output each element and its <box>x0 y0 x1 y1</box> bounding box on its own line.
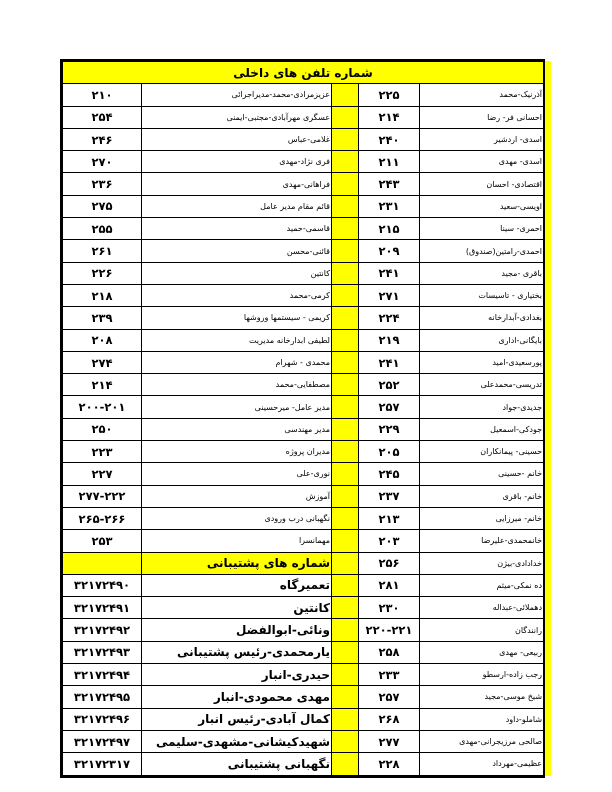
table-row: ۲۱۸کرمی-محمد۲۷۱بختیاری - تاسیسات <box>63 284 544 306</box>
extension-number: ۲۴۱ <box>359 351 420 373</box>
contact-name: کانتین <box>142 262 332 284</box>
contact-name: صالحی مرزیجرانی-مهدی <box>420 730 544 752</box>
extension-number: ۲۵۸ <box>359 641 420 663</box>
extension-number: ۲۴۳ <box>359 173 420 195</box>
contact-name: احمدی-رامتین(صندوق) <box>420 240 544 262</box>
table-row: ۲۷۰فری نژاد-مهدی۲۱۱اسدی- مهدی <box>63 151 544 173</box>
table-row: ۲۲۷نوری-علی۲۴۵خانم -حسینی <box>63 463 544 485</box>
contact-name: باقری -مجید <box>420 262 544 284</box>
table-row: ۲۵۰مدیر مهندسی۲۲۹جودکی-اسمعیل <box>63 418 544 440</box>
table-row: ۳۲۱۷۲۳۱۷نگهبانی پشتیبانی۲۲۸عظیمی-مهرداد <box>63 753 544 775</box>
support-phone-number: ۳۲۱۷۲۴۹۷ <box>63 730 142 752</box>
extension-number: ۲۵۵ <box>63 218 142 240</box>
contact-name: جدیدی-جواد <box>420 396 544 418</box>
extension-number: ۲۰۰-۲۰۱ <box>63 396 142 418</box>
extension-number: ۲۳۶ <box>63 173 142 195</box>
extension-number: ۲۵۷ <box>359 686 420 708</box>
extension-number: ۲۳۱ <box>359 195 420 217</box>
contact-name: دهملائی-عبداله <box>420 597 544 619</box>
contact-name: کریمی - سیستمها وروشها <box>142 307 332 329</box>
extension-number: ۲۲۷ <box>63 463 142 485</box>
support-header-spacer <box>63 552 142 574</box>
contact-name: غلامی-عباس <box>142 128 332 150</box>
extension-number: ۲۱۴ <box>359 106 420 128</box>
table-row: ۲۲۶کانتین۲۴۱باقری -مجید <box>63 262 544 284</box>
extension-number: ۲۷۱ <box>359 284 420 306</box>
contact-name: شاملو-داود <box>420 708 544 730</box>
highlight-spacer-cell <box>332 574 359 596</box>
contact-name: خانم -حسینی <box>420 463 544 485</box>
support-contact-name: کانتین <box>142 597 332 619</box>
extension-number: ۲۵۰ <box>63 418 142 440</box>
extension-number: ۲۲۵ <box>359 84 420 106</box>
support-phone-number: ۳۲۱۷۲۴۹۵ <box>63 686 142 708</box>
contact-name: رجب زاده-ارسطو <box>420 664 544 686</box>
extension-number: ۲۳۹ <box>63 307 142 329</box>
extension-number: ۲۷۰ <box>63 151 142 173</box>
contact-name: لطیفی ابدارخانه مدیریت <box>142 329 332 351</box>
extension-number: ۲۶۱ <box>63 240 142 262</box>
table-row: ۲۱۴مصطفایی-محمد۲۵۲تدریسی-محمدعلی <box>63 374 544 396</box>
contact-name: آموزش <box>142 485 332 507</box>
extension-number: ۲۵۳ <box>63 530 142 552</box>
highlight-spacer-cell <box>332 218 359 240</box>
support-contact-name: ونائی-ابوالفضل <box>142 619 332 641</box>
phone-directory-page: شماره تلفن های داخلی ۲۱۰عزیزمرادی-محمد-م… <box>60 59 548 778</box>
contact-name: اویسی-سعید <box>420 195 544 217</box>
contact-name: جودکی-اسمعیل <box>420 418 544 440</box>
highlight-spacer-cell <box>332 641 359 663</box>
highlight-spacer-cell <box>332 262 359 284</box>
contact-name: شیخ موسی-مجید <box>420 686 544 708</box>
contact-name: فری نژاد-مهدی <box>142 151 332 173</box>
highlight-spacer-cell <box>332 441 359 463</box>
support-phone-number: ۳۲۱۷۲۴۹۴ <box>63 664 142 686</box>
support-contact-name: مهدی محمودی-انبار <box>142 686 332 708</box>
highlight-spacer-cell <box>332 530 359 552</box>
highlight-spacer-cell <box>332 485 359 507</box>
extension-number: ۲۱۵ <box>359 218 420 240</box>
contact-name: عظیمی-مهرداد <box>420 753 544 775</box>
directory-title: شماره تلفن های داخلی <box>63 62 544 84</box>
highlight-spacer-cell <box>332 173 359 195</box>
support-phone-number: ۳۲۱۷۲۴۹۱ <box>63 597 142 619</box>
highlight-spacer-cell <box>332 507 359 529</box>
contact-name: مهمانسرا <box>142 530 332 552</box>
table-row: ۲۴۶غلامی-عباس۲۴۰اسدی- اردشیر <box>63 128 544 150</box>
table-row: ۲۵۵قاسمی-حمید۲۱۵احمری- سینا <box>63 218 544 240</box>
table-row: ۲۷۷-۲۲۲آموزش۲۳۷خانم- باقری <box>63 485 544 507</box>
extension-number: ۲۷۷ <box>359 730 420 752</box>
contact-name: تدریسی-محمدعلی <box>420 374 544 396</box>
table-row: ۲۲۳مدیران پروژه۲۰۵حسینی- پیمانکاران <box>63 441 544 463</box>
highlight-spacer-cell <box>332 619 359 641</box>
table-row: ۲۵۴عسگری مهرآبادی-مجتبی-ایمنی۲۱۴احسانی ف… <box>63 106 544 128</box>
extension-number: ۲۴۰ <box>359 128 420 150</box>
highlight-spacer-cell <box>332 597 359 619</box>
contact-name: حسینی- پیمانکاران <box>420 441 544 463</box>
highlight-spacer-cell <box>332 396 359 418</box>
table-row: ۳۲۱۷۲۴۹۱کانتین۲۳۰دهملائی-عبداله <box>63 597 544 619</box>
contact-name: مدیر عامل- میرحسینی <box>142 396 332 418</box>
contact-name: نگهبانی درب ورودی <box>142 507 332 529</box>
extension-number: ۲۲۶ <box>63 262 142 284</box>
table-row: ۲۵۳مهمانسرا۲۰۳خانمحمدی-علیرضا <box>63 530 544 552</box>
highlight-spacer-cell <box>332 106 359 128</box>
table-row: ۲۷۵قائم مقام مدیر عامل۲۳۱اویسی-سعید <box>63 195 544 217</box>
extension-number: ۲۴۱ <box>359 262 420 284</box>
table-row: ۳۲۱۷۲۴۹۰تعمیرگاه۲۸۱ده نمکی-میثم <box>63 574 544 596</box>
extension-number: ۲۶۵-۲۶۶ <box>63 507 142 529</box>
contact-name: مصطفایی-محمد <box>142 374 332 396</box>
support-contact-name: تعمیرگاه <box>142 574 332 596</box>
contact-name: کرمی-محمد <box>142 284 332 306</box>
support-phone-number: ۳۲۱۷۲۳۱۷ <box>63 753 142 775</box>
support-contact-name: حیدری-انبار <box>142 664 332 686</box>
table-row: ۳۲۱۷۲۴۹۲ونائی-ابوالفضل۲۲۰-۲۲۱رانندگان <box>63 619 544 641</box>
extension-number: ۲۶۸ <box>359 708 420 730</box>
contact-name: اسدی- اردشیر <box>420 128 544 150</box>
highlight-spacer-cell <box>332 753 359 775</box>
highlight-spacer-cell <box>332 708 359 730</box>
directory-table-frame: شماره تلفن های داخلی ۲۱۰عزیزمرادی-محمد-م… <box>60 59 545 778</box>
highlight-spacer-cell <box>332 151 359 173</box>
contact-name: رانندگان <box>420 619 544 641</box>
support-phone-number: ۳۲۱۷۲۴۹۲ <box>63 619 142 641</box>
extension-number: ۲۵۷ <box>359 396 420 418</box>
contact-name: بغدادی-آبدارخانه <box>420 307 544 329</box>
extension-number: ۲۳۰ <box>359 597 420 619</box>
highlight-spacer-cell <box>332 128 359 150</box>
highlight-spacer-cell <box>332 240 359 262</box>
highlight-spacer-cell <box>332 664 359 686</box>
highlight-spacer-cell <box>332 374 359 396</box>
table-row: ۳۲۱۷۲۴۹۵مهدی محمودی-انبار۲۵۷شیخ موسی-مجی… <box>63 686 544 708</box>
contact-name: نوری-علی <box>142 463 332 485</box>
contact-name: اسدی- مهدی <box>420 151 544 173</box>
support-contact-name: نگهبانی پشتیبانی <box>142 753 332 775</box>
highlight-spacer-cell <box>332 84 359 106</box>
contact-name: مدیران پروژه <box>142 441 332 463</box>
table-row: ۲۰۸لطیفی ابدارخانه مدیریت۲۱۹بایگانی-ادار… <box>63 329 544 351</box>
support-phone-number: ۳۲۱۷۲۴۹۳ <box>63 641 142 663</box>
table-row: ۳۲۱۷۲۴۹۳یارمحمدی-رئیس پشتیبانی۲۵۸ربیعی- … <box>63 641 544 663</box>
table-row: ۲۰۰-۲۰۱مدیر عامل- میرحسینی۲۵۷جدیدی-جواد <box>63 396 544 418</box>
highlight-spacer-cell <box>332 195 359 217</box>
extension-number: ۲۰۳ <box>359 530 420 552</box>
contact-name: پورسعیدی-امید <box>420 351 544 373</box>
extension-number: ۲۱۱ <box>359 151 420 173</box>
support-contact-name: شهیدکیشانی-مشهدی-سلیمی <box>142 730 332 752</box>
contact-name: قائم مقام مدیر عامل <box>142 195 332 217</box>
extension-number: ۲۱۸ <box>63 284 142 306</box>
highlight-spacer-cell <box>332 329 359 351</box>
directory-table: شماره تلفن های داخلی ۲۱۰عزیزمرادی-محمد-م… <box>62 61 544 776</box>
extension-number: ۲۴۵ <box>359 463 420 485</box>
extension-number: ۲۷۵ <box>63 195 142 217</box>
table-row: ۲۶۵-۲۶۶نگهبانی درب ورودی۲۱۳خانم- میرزایی <box>63 507 544 529</box>
support-section-title: شماره های پشتیبانی <box>142 552 332 574</box>
extension-number: ۲۱۰ <box>63 84 142 106</box>
support-contact-name: کمال آبادی-رئیس انبار <box>142 708 332 730</box>
extension-number: ۲۱۹ <box>359 329 420 351</box>
contact-name: خانم- میرزایی <box>420 507 544 529</box>
contact-name: خانم- باقری <box>420 485 544 507</box>
extension-number: ۲۳۳ <box>359 664 420 686</box>
extension-number: ۲۲۳ <box>63 441 142 463</box>
extension-number: ۲۵۴ <box>63 106 142 128</box>
title-row: شماره تلفن های داخلی <box>63 62 544 84</box>
contact-name: قائنی-محسن <box>142 240 332 262</box>
table-row: شماره های پشتیبانی۲۵۶خدادادی-بیژن <box>63 552 544 574</box>
extension-number: ۲۰۹ <box>359 240 420 262</box>
extension-number: ۲۲۴ <box>359 307 420 329</box>
contact-name: ده نمکی-میثم <box>420 574 544 596</box>
extension-number: ۲۷۴ <box>63 351 142 373</box>
support-phone-number: ۳۲۱۷۲۴۹۶ <box>63 708 142 730</box>
highlight-spacer-cell <box>332 552 359 574</box>
extension-number: ۲۱۳ <box>359 507 420 529</box>
contact-name: عسگری مهرآبادی-مجتبی-ایمنی <box>142 106 332 128</box>
table-row: ۳۲۱۷۲۴۹۷شهیدکیشانی-مشهدی-سلیمی۲۷۷صالحی م… <box>63 730 544 752</box>
table-row: ۳۲۱۷۲۴۹۶کمال آبادی-رئیس انبار۲۶۸شاملو-دا… <box>63 708 544 730</box>
contact-name: عزیزمرادی-محمد-مدیراجرائی <box>142 84 332 106</box>
table-row: ۲۷۴محمدی - شهرام۲۴۱پورسعیدی-امید <box>63 351 544 373</box>
extension-number: ۲۰۵ <box>359 441 420 463</box>
support-phone-number: ۳۲۱۷۲۴۹۰ <box>63 574 142 596</box>
table-row: ۲۶۱قائنی-محسن۲۰۹احمدی-رامتین(صندوق) <box>63 240 544 262</box>
contact-name: قاسمی-حمید <box>142 218 332 240</box>
extension-number: ۲۴۶ <box>63 128 142 150</box>
extension-number: ۲۵۲ <box>359 374 420 396</box>
highlight-spacer-cell <box>332 730 359 752</box>
highlight-spacer-cell <box>332 307 359 329</box>
extension-number: ۲۳۷ <box>359 485 420 507</box>
right-highlight-strip <box>545 61 551 776</box>
extension-number: ۲۸۱ <box>359 574 420 596</box>
contact-name: ربیعی- مهدی <box>420 641 544 663</box>
extension-number: ۲۲۰-۲۲۱ <box>359 619 420 641</box>
contact-name: بختیاری - تاسیسات <box>420 284 544 306</box>
contact-name: محمدی - شهرام <box>142 351 332 373</box>
contact-name: بایگانی-اداری <box>420 329 544 351</box>
contact-name: اقتصادی- احسان <box>420 173 544 195</box>
contact-name: احمری- سینا <box>420 218 544 240</box>
support-contact-name: یارمحمدی-رئیس پشتیبانی <box>142 641 332 663</box>
table-row: ۲۱۰عزیزمرادی-محمد-مدیراجرائی۲۲۵آذرنیک-مح… <box>63 84 544 106</box>
contact-name: خدادادی-بیژن <box>420 552 544 574</box>
contact-name: خانمحمدی-علیرضا <box>420 530 544 552</box>
highlight-spacer-cell <box>332 418 359 440</box>
extension-number: ۲۰۸ <box>63 329 142 351</box>
contact-name: آذرنیک-محمد <box>420 84 544 106</box>
highlight-spacer-cell <box>332 686 359 708</box>
extension-number: ۲۱۴ <box>63 374 142 396</box>
contact-name: فراهانی-مهدی <box>142 173 332 195</box>
highlight-spacer-cell <box>332 351 359 373</box>
highlight-spacer-cell <box>332 463 359 485</box>
extension-number: ۲۲۹ <box>359 418 420 440</box>
table-row: ۳۲۱۷۲۴۹۴حیدری-انبار۲۳۳رجب زاده-ارسطو <box>63 664 544 686</box>
extension-number: ۲۵۶ <box>359 552 420 574</box>
extension-number: ۲۲۸ <box>359 753 420 775</box>
contact-name: مدیر مهندسی <box>142 418 332 440</box>
extension-number: ۲۷۷-۲۲۲ <box>63 485 142 507</box>
table-row: ۲۳۶فراهانی-مهدی۲۴۳اقتصادی- احسان <box>63 173 544 195</box>
table-row: ۲۳۹کریمی - سیستمها وروشها۲۲۴بغدادی-آبدار… <box>63 307 544 329</box>
highlight-spacer-cell <box>332 284 359 306</box>
contact-name: احسانی فر- رضا <box>420 106 544 128</box>
